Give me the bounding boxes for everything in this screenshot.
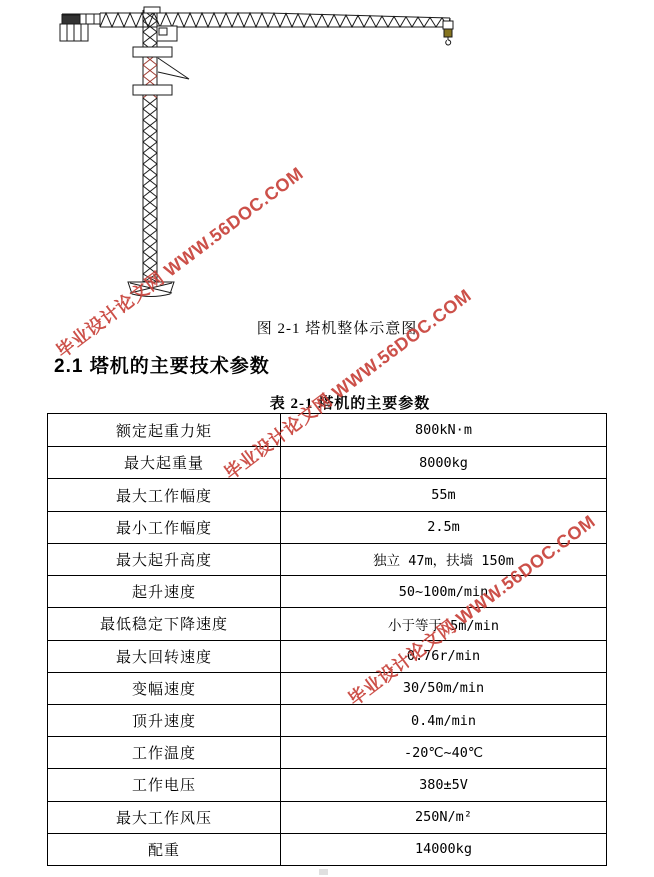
crane-line-art: [60, 7, 453, 297]
parameter-name-cell: 工作电压: [48, 769, 281, 800]
table-row: 最小工作幅度2.5m: [48, 511, 606, 543]
parameter-name-cell: 配重: [48, 834, 281, 865]
parameter-value-cell: 380±5V: [281, 769, 606, 800]
parameter-value-cell: 0.76r/min: [281, 641, 606, 672]
parameter-value-cell: -20℃~40℃: [281, 737, 606, 768]
table-row: 最低稳定下降速度小于等于 5m/min: [48, 607, 606, 639]
section-heading: 2.1 塔机的主要技术参数: [54, 351, 270, 378]
parameter-name-cell: 最小工作幅度: [48, 512, 281, 543]
parameter-value-cell: 55m: [281, 479, 606, 510]
table-row: 最大回转速度0.76r/min: [48, 640, 606, 672]
parameter-name-cell: 最大工作幅度: [48, 479, 281, 510]
table-caption: 表 2-1 塔机的主要参数: [0, 392, 654, 413]
parameter-value-cell: 800kN·m: [281, 414, 606, 446]
table-row: 工作电压380±5V: [48, 768, 606, 800]
parameter-name-cell: 工作温度: [48, 737, 281, 768]
table-row: 最大起升高度独立 47m，扶墙 150m: [48, 543, 606, 575]
parameter-value-cell: 8000kg: [281, 447, 606, 478]
table-row: 起升速度50~100m/min: [48, 575, 606, 607]
parameter-value-cell: 14000kg: [281, 834, 606, 865]
parameter-value-cell: 独立 47m，扶墙 150m: [281, 544, 606, 575]
table-row: 配重14000kg: [48, 833, 606, 865]
parameter-value-cell: 小于等于 5m/min: [281, 608, 606, 639]
table-row: 最大工作风压250N/m²: [48, 801, 606, 833]
table-row: 最大起重量8000kg: [48, 446, 606, 478]
parameter-name-cell: 变幅速度: [48, 673, 281, 704]
table-row: 最大工作幅度55m: [48, 478, 606, 510]
table-row: 工作温度-20℃~40℃: [48, 736, 606, 768]
parameter-value-cell: 0.4m/min: [281, 705, 606, 736]
figure-caption: 图 2-1 塔机整体示意图: [0, 317, 654, 338]
parameter-name-cell: 顶升速度: [48, 705, 281, 736]
parameters-table: 额定起重力矩800kN·m最大起重量8000kg最大工作幅度55m最小工作幅度2…: [47, 413, 607, 866]
parameter-name-cell: 起升速度: [48, 576, 281, 607]
tower-crane-figure: [0, 0, 654, 310]
parameter-value-cell: 50~100m/min: [281, 576, 606, 607]
parameter-name-cell: 最大起升高度: [48, 544, 281, 575]
table-row: 额定起重力矩800kN·m: [48, 414, 606, 446]
parameter-name-cell: 最大起重量: [48, 447, 281, 478]
parameter-name-cell: 额定起重力矩: [48, 414, 281, 446]
parameter-name-cell: 最大工作风压: [48, 802, 281, 833]
parameter-value-cell: 2.5m: [281, 512, 606, 543]
document-page: 毕业设计论文网 WWW.56DOC.COM 毕业设计论文网 WWW.56DOC.…: [0, 0, 654, 877]
table-row: 顶升速度0.4m/min: [48, 704, 606, 736]
parameter-value-cell: 30/50m/min: [281, 673, 606, 704]
page-number-cropped: [319, 869, 328, 875]
parameter-name-cell: 最低稳定下降速度: [48, 608, 281, 639]
parameter-name-cell: 最大回转速度: [48, 641, 281, 672]
table-row: 变幅速度30/50m/min: [48, 672, 606, 704]
parameter-value-cell: 250N/m²: [281, 802, 606, 833]
